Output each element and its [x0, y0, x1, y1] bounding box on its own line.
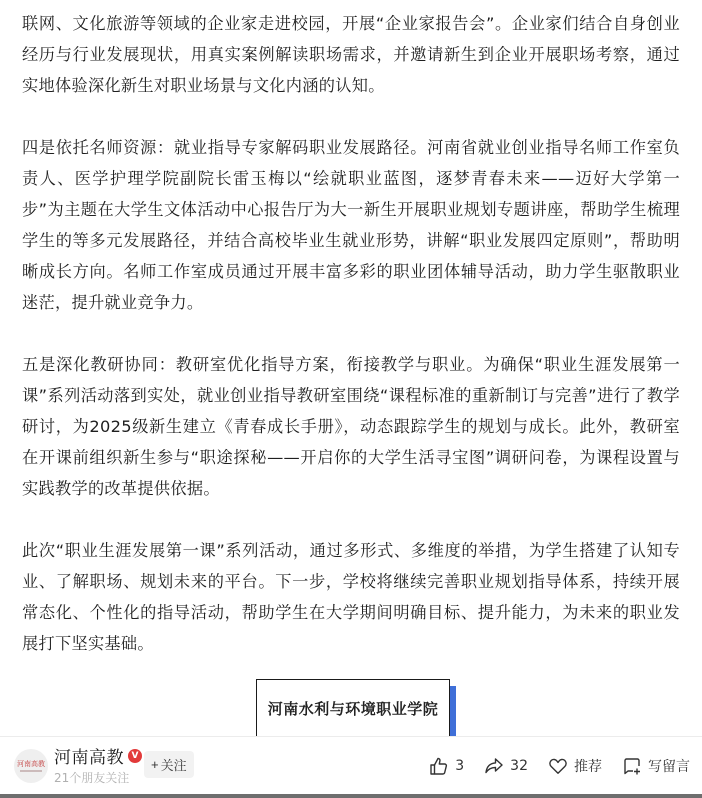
bottom-action-bar: 河南高教 河南高教 V 21个朋友关注 + 关注 3: [0, 736, 702, 794]
write-comment-label: 写留言: [648, 756, 690, 776]
comment-icon: [622, 756, 642, 776]
like-button[interactable]: 3: [429, 756, 464, 776]
source-card-box: 河南水利与环境职业学院: [256, 679, 450, 737]
like-count: 3: [455, 758, 464, 774]
recommend-button[interactable]: 推荐: [548, 756, 602, 776]
avatar-logo-underline: [20, 770, 42, 772]
heart-icon: [548, 756, 568, 776]
source-card-title: 河南水利与环境职业学院: [268, 698, 439, 719]
write-comment-button[interactable]: 写留言: [622, 756, 690, 776]
article-paragraph: 联网、文化旅游等领域的企业家走进校园，开展“企业家报告会”。企业家们结合自身创业…: [22, 8, 680, 101]
verified-badge-icon: V: [128, 749, 142, 763]
avatar-logo-text: 河南高教: [17, 760, 45, 768]
article-paragraph: 此次“职业生涯发展第一课”系列活动，通过多形式、多维度的举措，为学生搭建了认知专…: [22, 535, 680, 659]
share-icon: [484, 756, 504, 776]
source-card-accent: [449, 686, 456, 737]
article-paragraph: 四是依托名师资源：就业指导专家解码职业发展路径。河南省就业创业指导名师工作室负责…: [22, 132, 680, 318]
thumbs-up-icon: [429, 756, 449, 776]
account-info[interactable]: 河南高教 V 21个朋友关注: [54, 743, 142, 786]
account-name[interactable]: 河南高教: [54, 743, 124, 768]
account-name-row: 河南高教 V: [54, 743, 142, 768]
source-card: 河南水利与环境职业学院: [256, 679, 450, 737]
follow-button[interactable]: + 关注: [144, 751, 194, 778]
article-paragraph: 五是深化教研协同：教研室优化指导方案，衔接教学与职业。为确保“职业生涯发展第一课…: [22, 349, 680, 504]
bottom-edge-divider: [0, 794, 702, 798]
friends-following-count: 21个朋友关注: [54, 769, 142, 786]
plus-icon: +: [151, 757, 159, 772]
recommend-label: 推荐: [574, 756, 602, 776]
follow-label: 关注: [161, 755, 187, 774]
account-avatar[interactable]: 河南高教: [14, 749, 48, 783]
article-actions: 3 32 推荐 写留言: [429, 737, 690, 795]
share-count: 32: [510, 758, 528, 774]
share-button[interactable]: 32: [484, 756, 528, 776]
article-body: 联网、文化旅游等领域的企业家走进校园，开展“企业家报告会”。企业家们结合自身创业…: [0, 0, 702, 736]
